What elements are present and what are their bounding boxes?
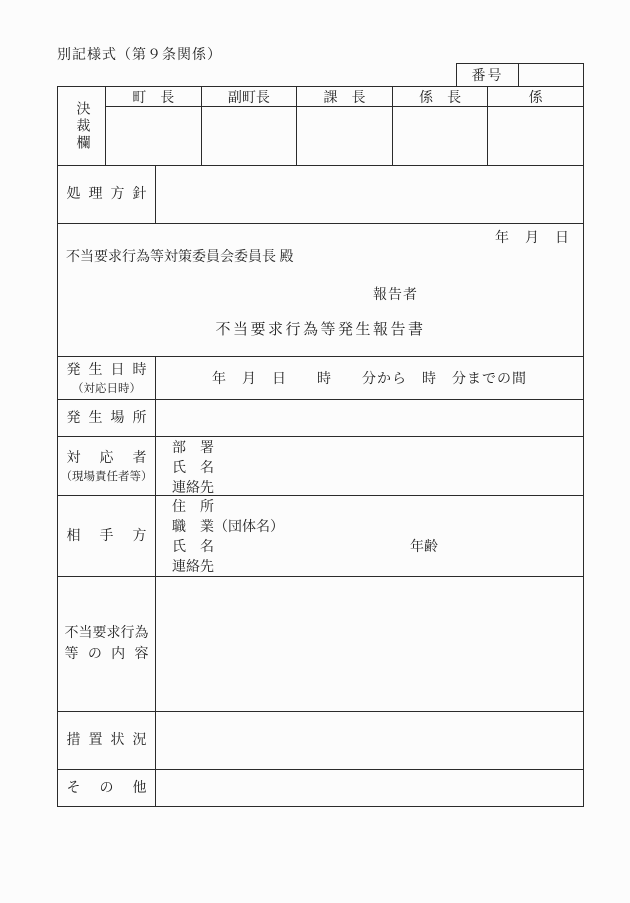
responder-sublabel: （現場責任者等） [61,469,153,485]
content-content-cell [156,577,583,711]
measures-label: 措置状況 [67,730,147,751]
approval-label: 決裁欄 [72,101,92,152]
policy-label-cell: 処理方針 [58,166,156,223]
measures-content-cell [156,712,583,769]
datetime-label-cell: 発生日時 （対応日時） [58,357,156,399]
other-row: その他 [58,769,583,806]
content-label-line1: 不当要求行為 [65,623,149,644]
approval-stamp-cell-section-chief [297,107,393,165]
number-box: 番号 [456,63,584,87]
opponent-address-label: 住 所 [172,498,583,518]
responder-content-cell: 部 署 氏 名 連絡先 [156,437,583,495]
approval-col-deputy-mayor: 副町長 [202,87,298,106]
opponent-row: 相手方 住 所 職 業（団体名） 氏 名年齢 連絡先 [58,495,583,576]
content-label-cell: 不当要求行為 等の内容 [58,577,156,711]
number-value-cell [519,64,583,86]
opponent-age-label: 年齢 [410,538,438,558]
approval-col-subsection-chief: 係 長 [393,87,489,106]
policy-label: 処理方針 [67,184,147,205]
location-label-cell: 発生場所 [58,400,156,436]
approval-stamp-row [106,107,583,165]
approval-row: 決裁欄 町 長 副町長 課 長 係 長 係 [58,87,583,165]
measures-label-cell: 措置状況 [58,712,156,769]
approval-stamp-cell-deputy-mayor [202,107,298,165]
other-label: その他 [67,778,147,799]
content-row: 不当要求行為 等の内容 [58,576,583,711]
policy-row: 処理方針 [58,165,583,223]
letter-date: 年 月 日 [495,227,570,247]
datetime-value: 年 月 日 時 分から 時 分までの間 [156,357,583,399]
opponent-label: 相手方 [67,526,147,547]
opponent-name-label: 氏 名 [172,540,214,555]
location-label: 発生場所 [67,408,147,429]
approval-stamp-cell-subsection-chief [393,107,489,165]
approval-label-cell: 決裁欄 [58,87,106,165]
datetime-sublabel: （対応日時） [72,381,141,397]
approval-stamp-cell-staff [488,107,583,165]
letter-reporter-label: 報告者 [373,284,418,304]
measures-row: 措置状況 [58,711,583,769]
responder-row: 対応者 （現場責任者等） 部 署 氏 名 連絡先 [58,436,583,495]
letter-addressee: 不当要求行為等対策委員会委員長 殿 [66,246,294,266]
location-row: 発生場所 [58,399,583,436]
policy-content-cell [156,166,583,223]
approval-header: 町 長 副町長 課 長 係 長 係 [106,87,583,107]
content-label-line2: 等の内容 [65,644,149,665]
approval-col-staff: 係 [488,87,583,106]
report-title: 不当要求行為等発生報告書 [58,318,583,339]
opponent-contact-label: 連絡先 [172,558,583,578]
approval-col-section-chief: 課 長 [297,87,393,106]
approval-col-mayor: 町 長 [106,87,202,106]
other-label-cell: その他 [58,770,156,806]
opponent-content-cell: 住 所 職 業（団体名） 氏 名年齢 連絡先 [156,496,583,576]
form-style-note: 別記様式（第９条関係） [57,44,222,64]
other-content-cell [156,770,583,806]
number-label: 番号 [457,64,519,86]
location-content-cell [156,400,583,436]
datetime-content-cell: 年 月 日 時 分から 時 分までの間 [156,357,583,399]
approval-stamp-cell-mayor [106,107,202,165]
responder-label-cell: 対応者 （現場責任者等） [58,437,156,495]
datetime-label: 発生日時 [67,360,147,381]
opponent-label-cell: 相手方 [58,496,156,576]
datetime-row: 発生日時 （対応日時） 年 月 日 時 分から 時 分までの間 [58,356,583,399]
approval-grid: 町 長 副町長 課 長 係 長 係 [106,87,583,165]
responder-department-label: 部 署 [172,439,583,459]
opponent-job-label: 職 業（団体名） [172,518,583,538]
responder-label: 対応者 [67,448,147,469]
responder-name-label: 氏 名 [172,459,583,479]
opponent-name-line: 氏 名年齢 [172,538,583,558]
letter-section: 年 月 日 不当要求行為等対策委員会委員長 殿 報告者 不当要求行為等発生報告書 [58,223,583,356]
report-form-table: 決裁欄 町 長 副町長 課 長 係 長 係 処理方針 [57,86,584,807]
